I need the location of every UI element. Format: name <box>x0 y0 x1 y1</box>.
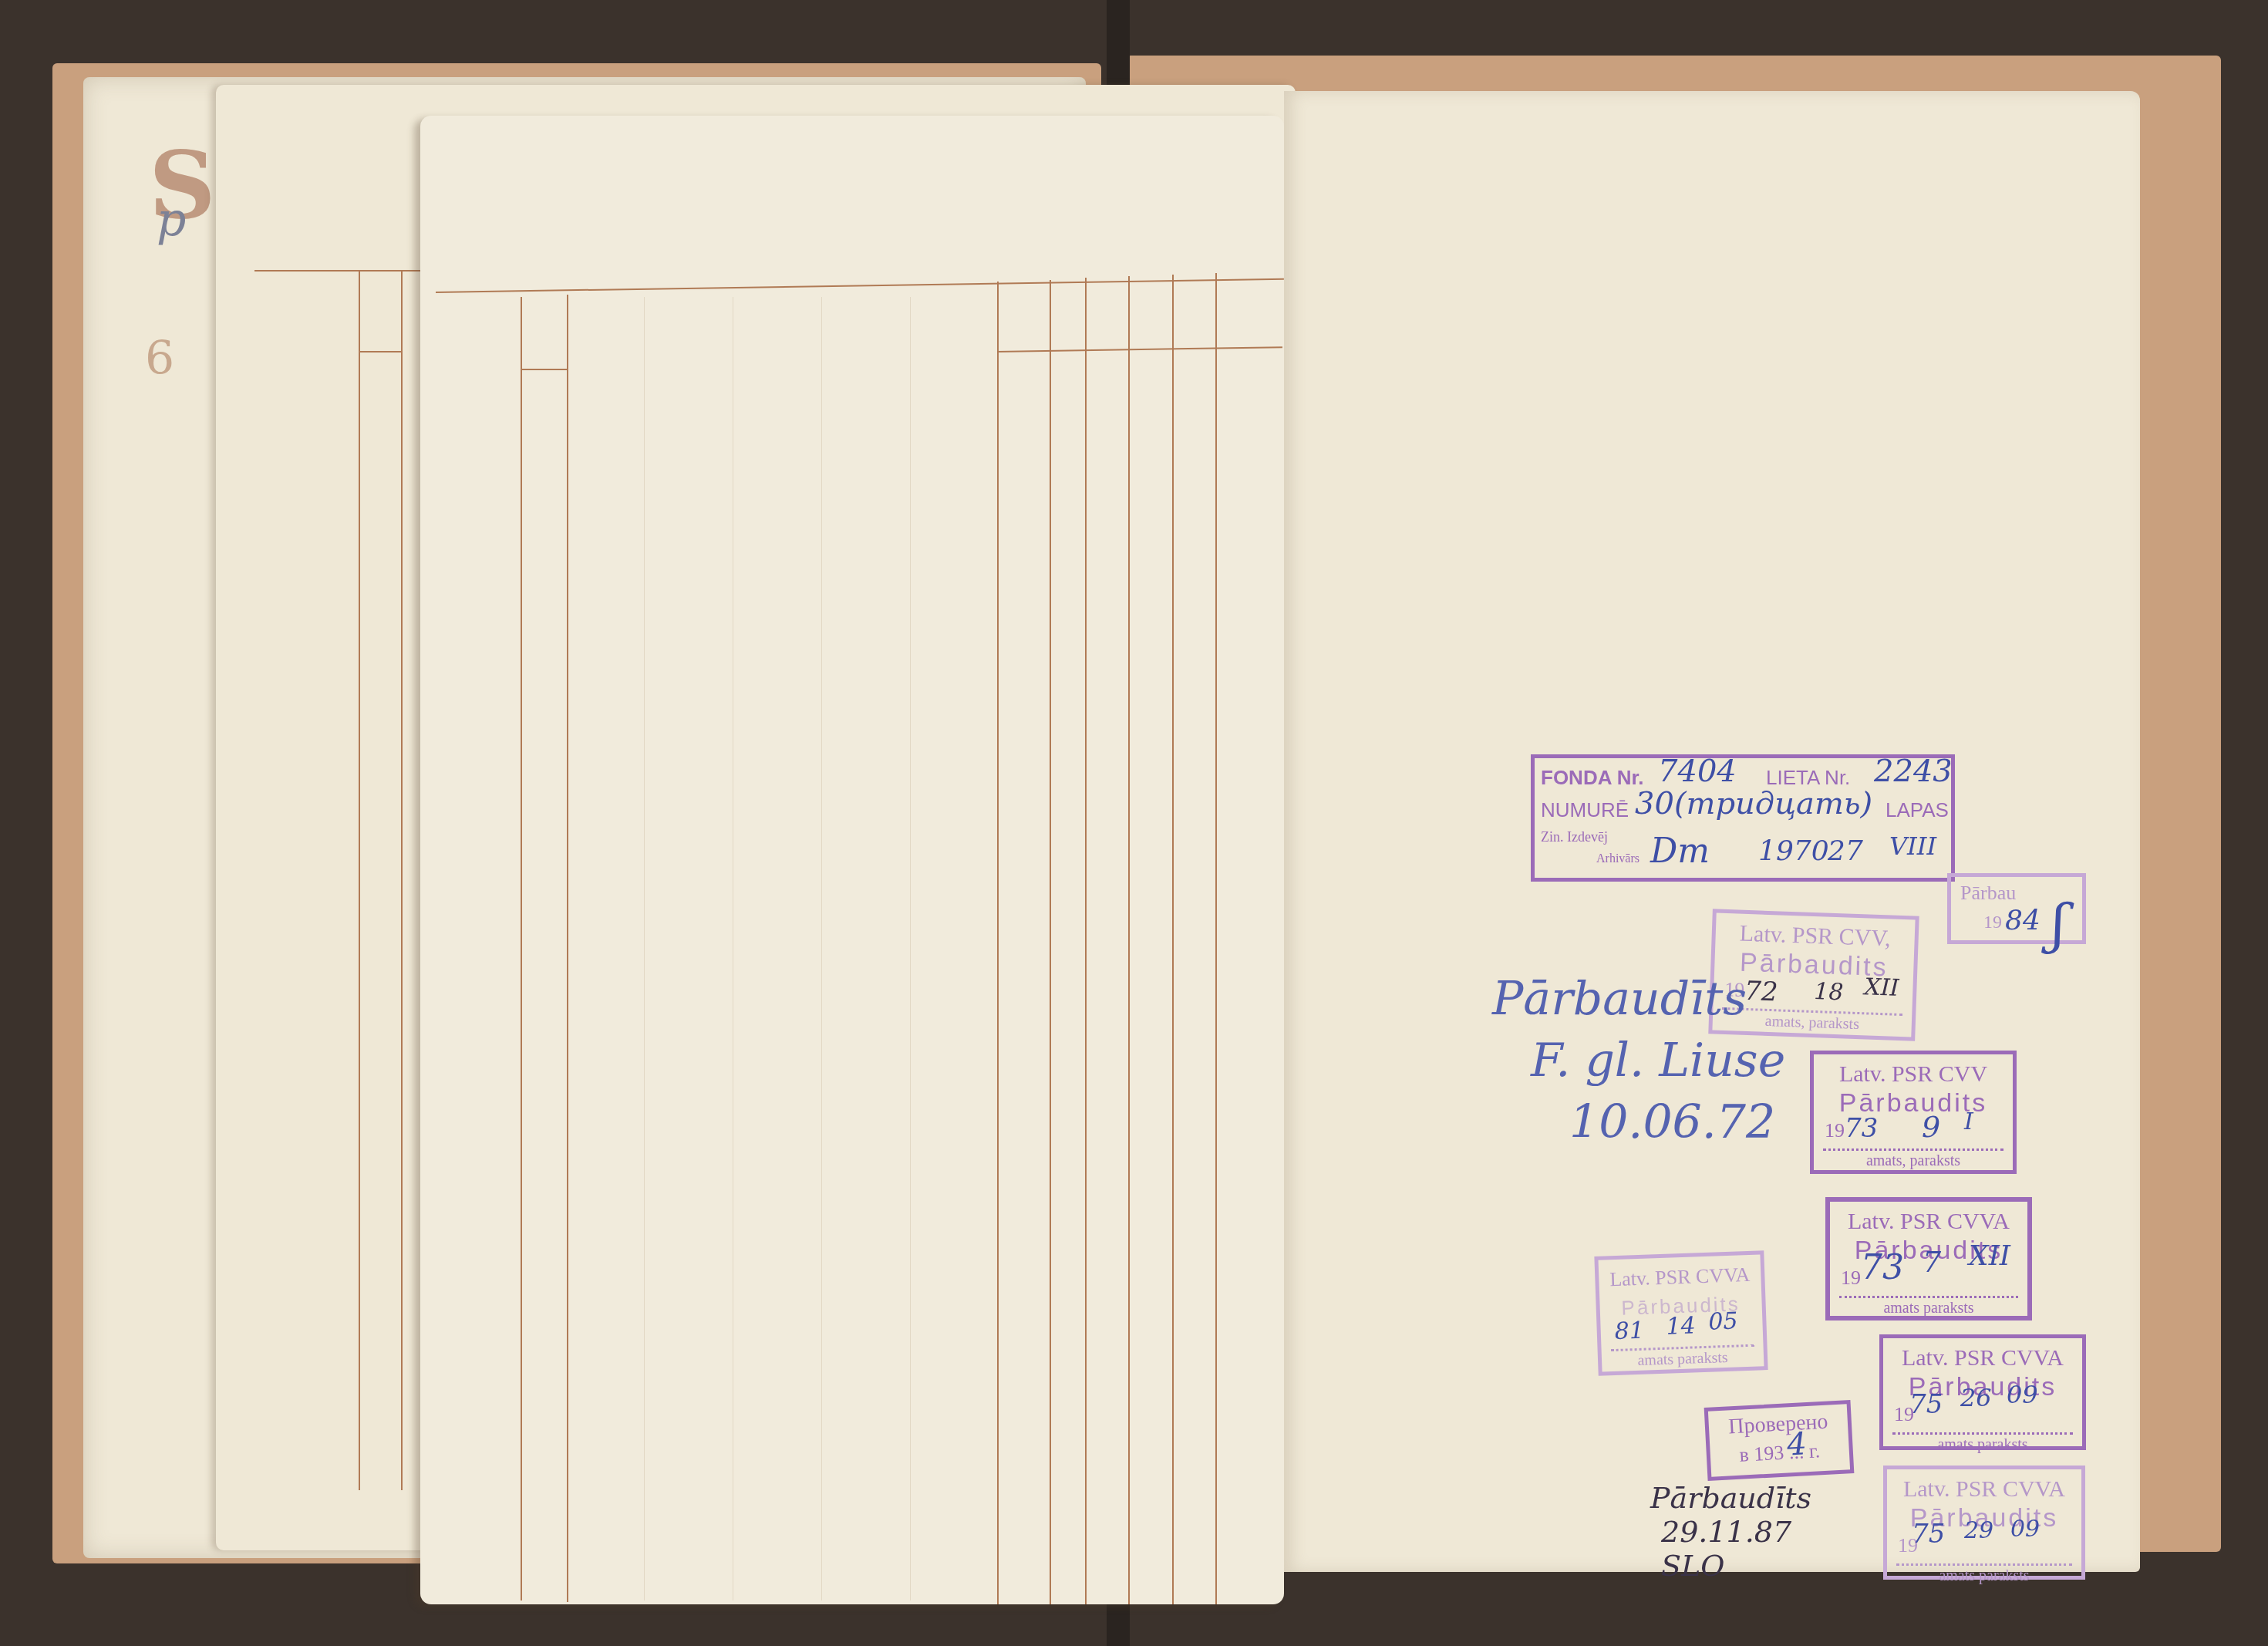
stamp-year: 75 <box>1912 1519 1945 1550</box>
parbau-label: Pārbau <box>1960 882 2016 905</box>
bottom-verification-note: Pārbaudīts 29.11.87 SLO <box>1650 1481 1811 1583</box>
cvva-stamp-1975-29: Latv. PSR CVVA Pārbaudits 19 75 29 09 am… <box>1883 1466 2085 1580</box>
stamp-footer: amats, paraksts <box>1823 1148 2003 1171</box>
lapas-label: LAPAS <box>1886 798 1949 822</box>
archivist-signature: Dm <box>1650 831 1710 871</box>
note-line2: F. gl. Liuse <box>1492 1030 1785 1091</box>
ledger-column-rule <box>521 297 522 1600</box>
izdevejs-label: Zin. Izdevēj <box>1541 829 1608 845</box>
stamp-line2: Pārbaudits <box>1814 1088 2013 1118</box>
ledger-subheader-rule <box>359 351 403 352</box>
numure-value: 30(тридцать) <box>1635 786 1872 821</box>
stamp-month: XII <box>1864 973 1899 1002</box>
ledger-subheader-rule <box>521 369 568 370</box>
arhivars-label: Arhivārs <box>1596 852 1639 866</box>
stamp-footer: amats paraksts <box>1896 1563 2072 1586</box>
cvva-stamp-1981: Latv. PSR CVVA Pārbaudits 81 14 05 amats… <box>1594 1250 1768 1376</box>
stamp-footer: amats paraksts <box>1892 1432 2073 1455</box>
lieta-value: 2243 <box>1874 754 1953 789</box>
bottom-note-line2: 29.11.87 <box>1650 1515 1811 1549</box>
parbau-year: 84 <box>2005 905 2041 936</box>
ledger-column-rule <box>1050 280 1051 1604</box>
archive-fond-stamp: FONDA Nr. 7404 LIETA Nr. 2243 NUMURĒ 30(… <box>1531 754 1955 882</box>
stamp-line1: Latv. PSR CVVA <box>1887 1476 2081 1503</box>
provereno-year-label: в 193 ... г. <box>1710 1438 1849 1468</box>
faint-rule <box>821 297 822 1600</box>
stamp-year: 73 <box>1861 1248 1904 1287</box>
stamp-day: 18 <box>1814 978 1844 1006</box>
stamp-day: 29 <box>1964 1517 1993 1544</box>
stamp-day: 9 <box>1922 1110 1940 1144</box>
ledger-header-rule <box>436 278 1284 293</box>
stamp-year-prefix: 19 <box>1814 1118 2013 1144</box>
bottom-note-line1: Pārbaudīts <box>1650 1481 1811 1515</box>
parbaudits-stamp-1984: Pārbau 19 84 ʃ <box>1947 873 2086 944</box>
stamp-line1: Latv. PSR CVVA <box>1830 1208 2027 1236</box>
stamp-day: 7 <box>1923 1245 1941 1279</box>
margin-mark-6: 6 <box>145 332 174 386</box>
parbau-signature: ʃ <box>2051 892 2066 956</box>
archive-year: 1970 <box>1758 835 1829 867</box>
provereno-label: Проверено <box>1708 1408 1848 1440</box>
stamp-day: 14 <box>1666 1312 1696 1340</box>
stamp-month: XII <box>1969 1240 2010 1272</box>
provereno-fill: 4 <box>1786 1426 1808 1462</box>
ledger-column-rule <box>997 282 999 1604</box>
ledger-column-rule <box>401 272 403 1490</box>
stamp-month: 05 <box>1708 1307 1738 1335</box>
stamp-line1: Latv. PSR CVVA <box>1883 1344 2082 1372</box>
faint-rule <box>910 297 911 1600</box>
ledger-column-rule <box>1085 278 1087 1604</box>
pencil-mark: p <box>157 193 186 247</box>
ledger-subheader-rule <box>997 346 1282 352</box>
stamp-footer: amats paraksts <box>1839 1296 2018 1318</box>
stamp-month: I <box>1964 1108 1973 1135</box>
stamp-line1: Latv. PSR CVV <box>1814 1061 2013 1088</box>
archive-day: 27 <box>1828 835 1863 867</box>
ledger-column-rule <box>1215 273 1217 1604</box>
ledger-column-rule <box>567 295 568 1602</box>
fonda-label: FONDA Nr. <box>1541 766 1643 790</box>
stamp-year: 81 <box>1614 1317 1644 1345</box>
parbau-year-prefix: 19 <box>1983 912 2002 933</box>
ledger-column-rule <box>1128 276 1130 1604</box>
note-line3: 10.06.72 <box>1492 1091 1785 1153</box>
faint-rule <box>733 297 733 1600</box>
stamp-year: 75 <box>1909 1389 1943 1420</box>
note-line1: Pārbaudīts <box>1492 968 1785 1030</box>
ledger-column-rule <box>359 272 360 1490</box>
fonda-value: 7404 <box>1658 754 1737 789</box>
cvva-stamp-1975-26: Latv. PSR CVVA Pārbaudits 19 75 26 09 am… <box>1879 1334 2086 1450</box>
bottom-note-line3: SLO <box>1650 1549 1811 1583</box>
stamp-day: 26 <box>1960 1383 1992 1412</box>
faint-rule <box>644 297 645 1600</box>
cvva-stamp-1973-xii: Latv. PSR CVVA Pārbaudits 19 73 7 XII am… <box>1825 1197 2032 1321</box>
provereno-stamp: Проверено в 193 ... г. 4 <box>1704 1400 1855 1481</box>
ledger-column-rule <box>1172 275 1174 1604</box>
cvv-stamp-1973: Latv. PSR CVV Pārbaudits 19 73 9 I amats… <box>1810 1051 2017 1174</box>
handwritten-verification-note: Pārbaudīts F. gl. Liuse 10.06.72 <box>1492 968 1785 1153</box>
stamp-year: 73 <box>1845 1113 1878 1144</box>
stamp-month: 09 <box>2010 1516 2040 1543</box>
numure-label: NUMURĒ <box>1541 798 1629 822</box>
ledger-page <box>420 116 1284 1604</box>
stamp-month: 09 <box>2007 1380 2038 1409</box>
archive-month: VIII <box>1889 831 1936 861</box>
stamp-footer: amats paraksts <box>1611 1344 1755 1371</box>
